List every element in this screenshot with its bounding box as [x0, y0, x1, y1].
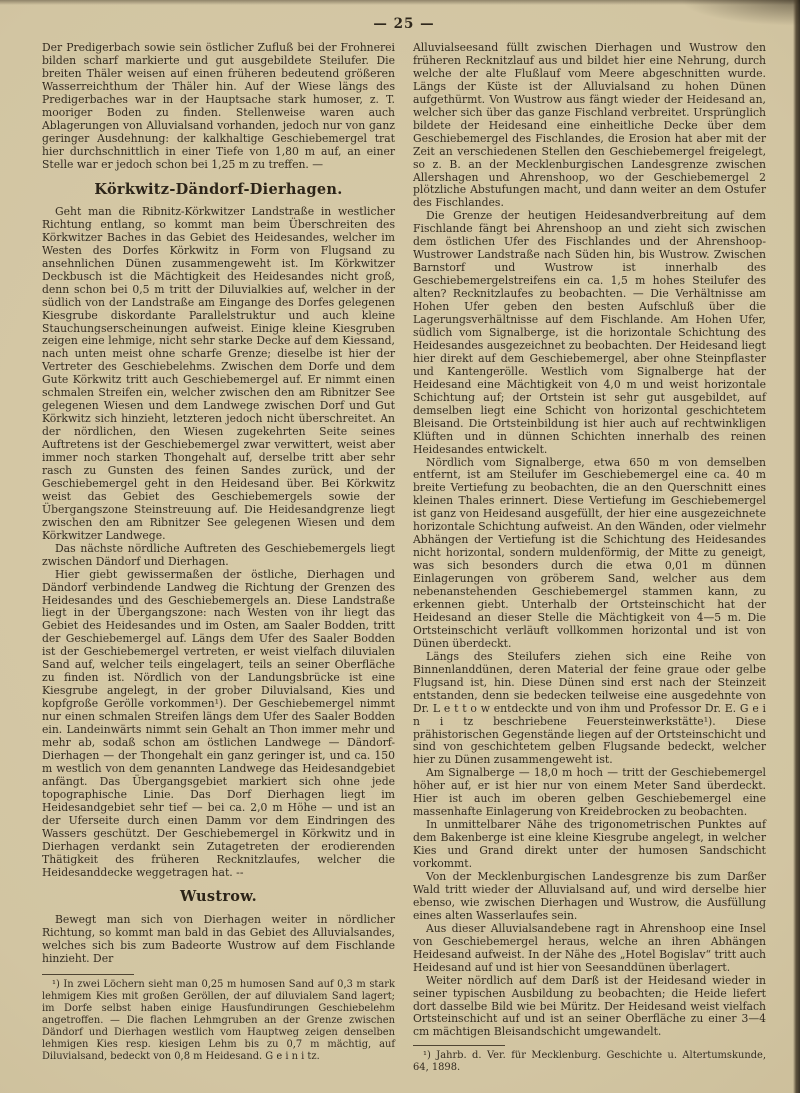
- footnote-left: ¹) In zwei Löchern sieht man 0,25 m humo…: [42, 979, 395, 1064]
- paragraph-wustrow-start: Bewegt man sich von Dierhagen weiter in …: [42, 914, 395, 966]
- paragraph-koerkwitz-2: Das nächste nördliche Auftreten des Gesc…: [42, 543, 395, 569]
- paragraph-koerkwitz-3: Hier giebt gewissermaßen der östliche, D…: [42, 569, 395, 880]
- left-column: Der Predigerbach sowie sein östlicher Zu…: [42, 42, 395, 1075]
- paragraph-darsser-wald: Von der Mecklenburgischen Landesgrenze b…: [413, 871, 766, 923]
- page-right-edge: [793, 0, 800, 1093]
- paragraph-signalberg: Am Signalberge — 18,0 m hoch — tritt der…: [413, 767, 766, 819]
- paragraph-bakenberg: In unmittelbarer Nähe des trigonometrisc…: [413, 819, 766, 871]
- text-columns: Der Predigerbach sowie sein östlicher Zu…: [42, 42, 766, 1075]
- footnote-right: ¹) Jahrb. d. Ver. für Mecklenburg. Gesch…: [413, 1050, 766, 1074]
- paragraph-binnenlandduenen: Längs des Steilufers ziehen sich eine Re…: [413, 651, 766, 768]
- paragraph-predigerbach: Der Predigerbach sowie sein östlicher Zu…: [42, 42, 395, 172]
- footnote-separator-left: [42, 974, 134, 975]
- paragraph-alluvialseesand: Alluvialseesand füllt zwischen Dierhagen…: [413, 42, 766, 210]
- page-number: — 25 —: [42, 16, 766, 32]
- paragraph-vertiefung: Nördlich vom Signalberge, etwa 650 m von…: [413, 457, 766, 651]
- paragraph-heidesandgrenze: Die Grenze der heutigen Heidesandverbrei…: [413, 210, 766, 456]
- book-page: — 25 — Der Predigerbach sowie sein östli…: [0, 0, 800, 1093]
- footnote-separator-right: [413, 1045, 505, 1046]
- paragraph-koerkwitz-1: Geht man die Ribnitz-Körkwitzer Landstra…: [42, 206, 395, 543]
- right-column: Alluvialseesand füllt zwischen Dierhagen…: [413, 42, 766, 1075]
- page-corner-shadow: [680, 0, 800, 26]
- paragraph-darss-heidesand: Weiter nördlich auf dem Darß ist der Hei…: [413, 975, 766, 1040]
- paragraph-ahrenshoop-insel: Aus dieser Alluvialsandebene ragt in Ahr…: [413, 923, 766, 975]
- section-heading-koerkwitz-daendorf-dierhagen: Körkwitz-Dändorf-Dierhagen.: [42, 181, 395, 198]
- section-heading-wustrow: Wustrow.: [42, 888, 395, 905]
